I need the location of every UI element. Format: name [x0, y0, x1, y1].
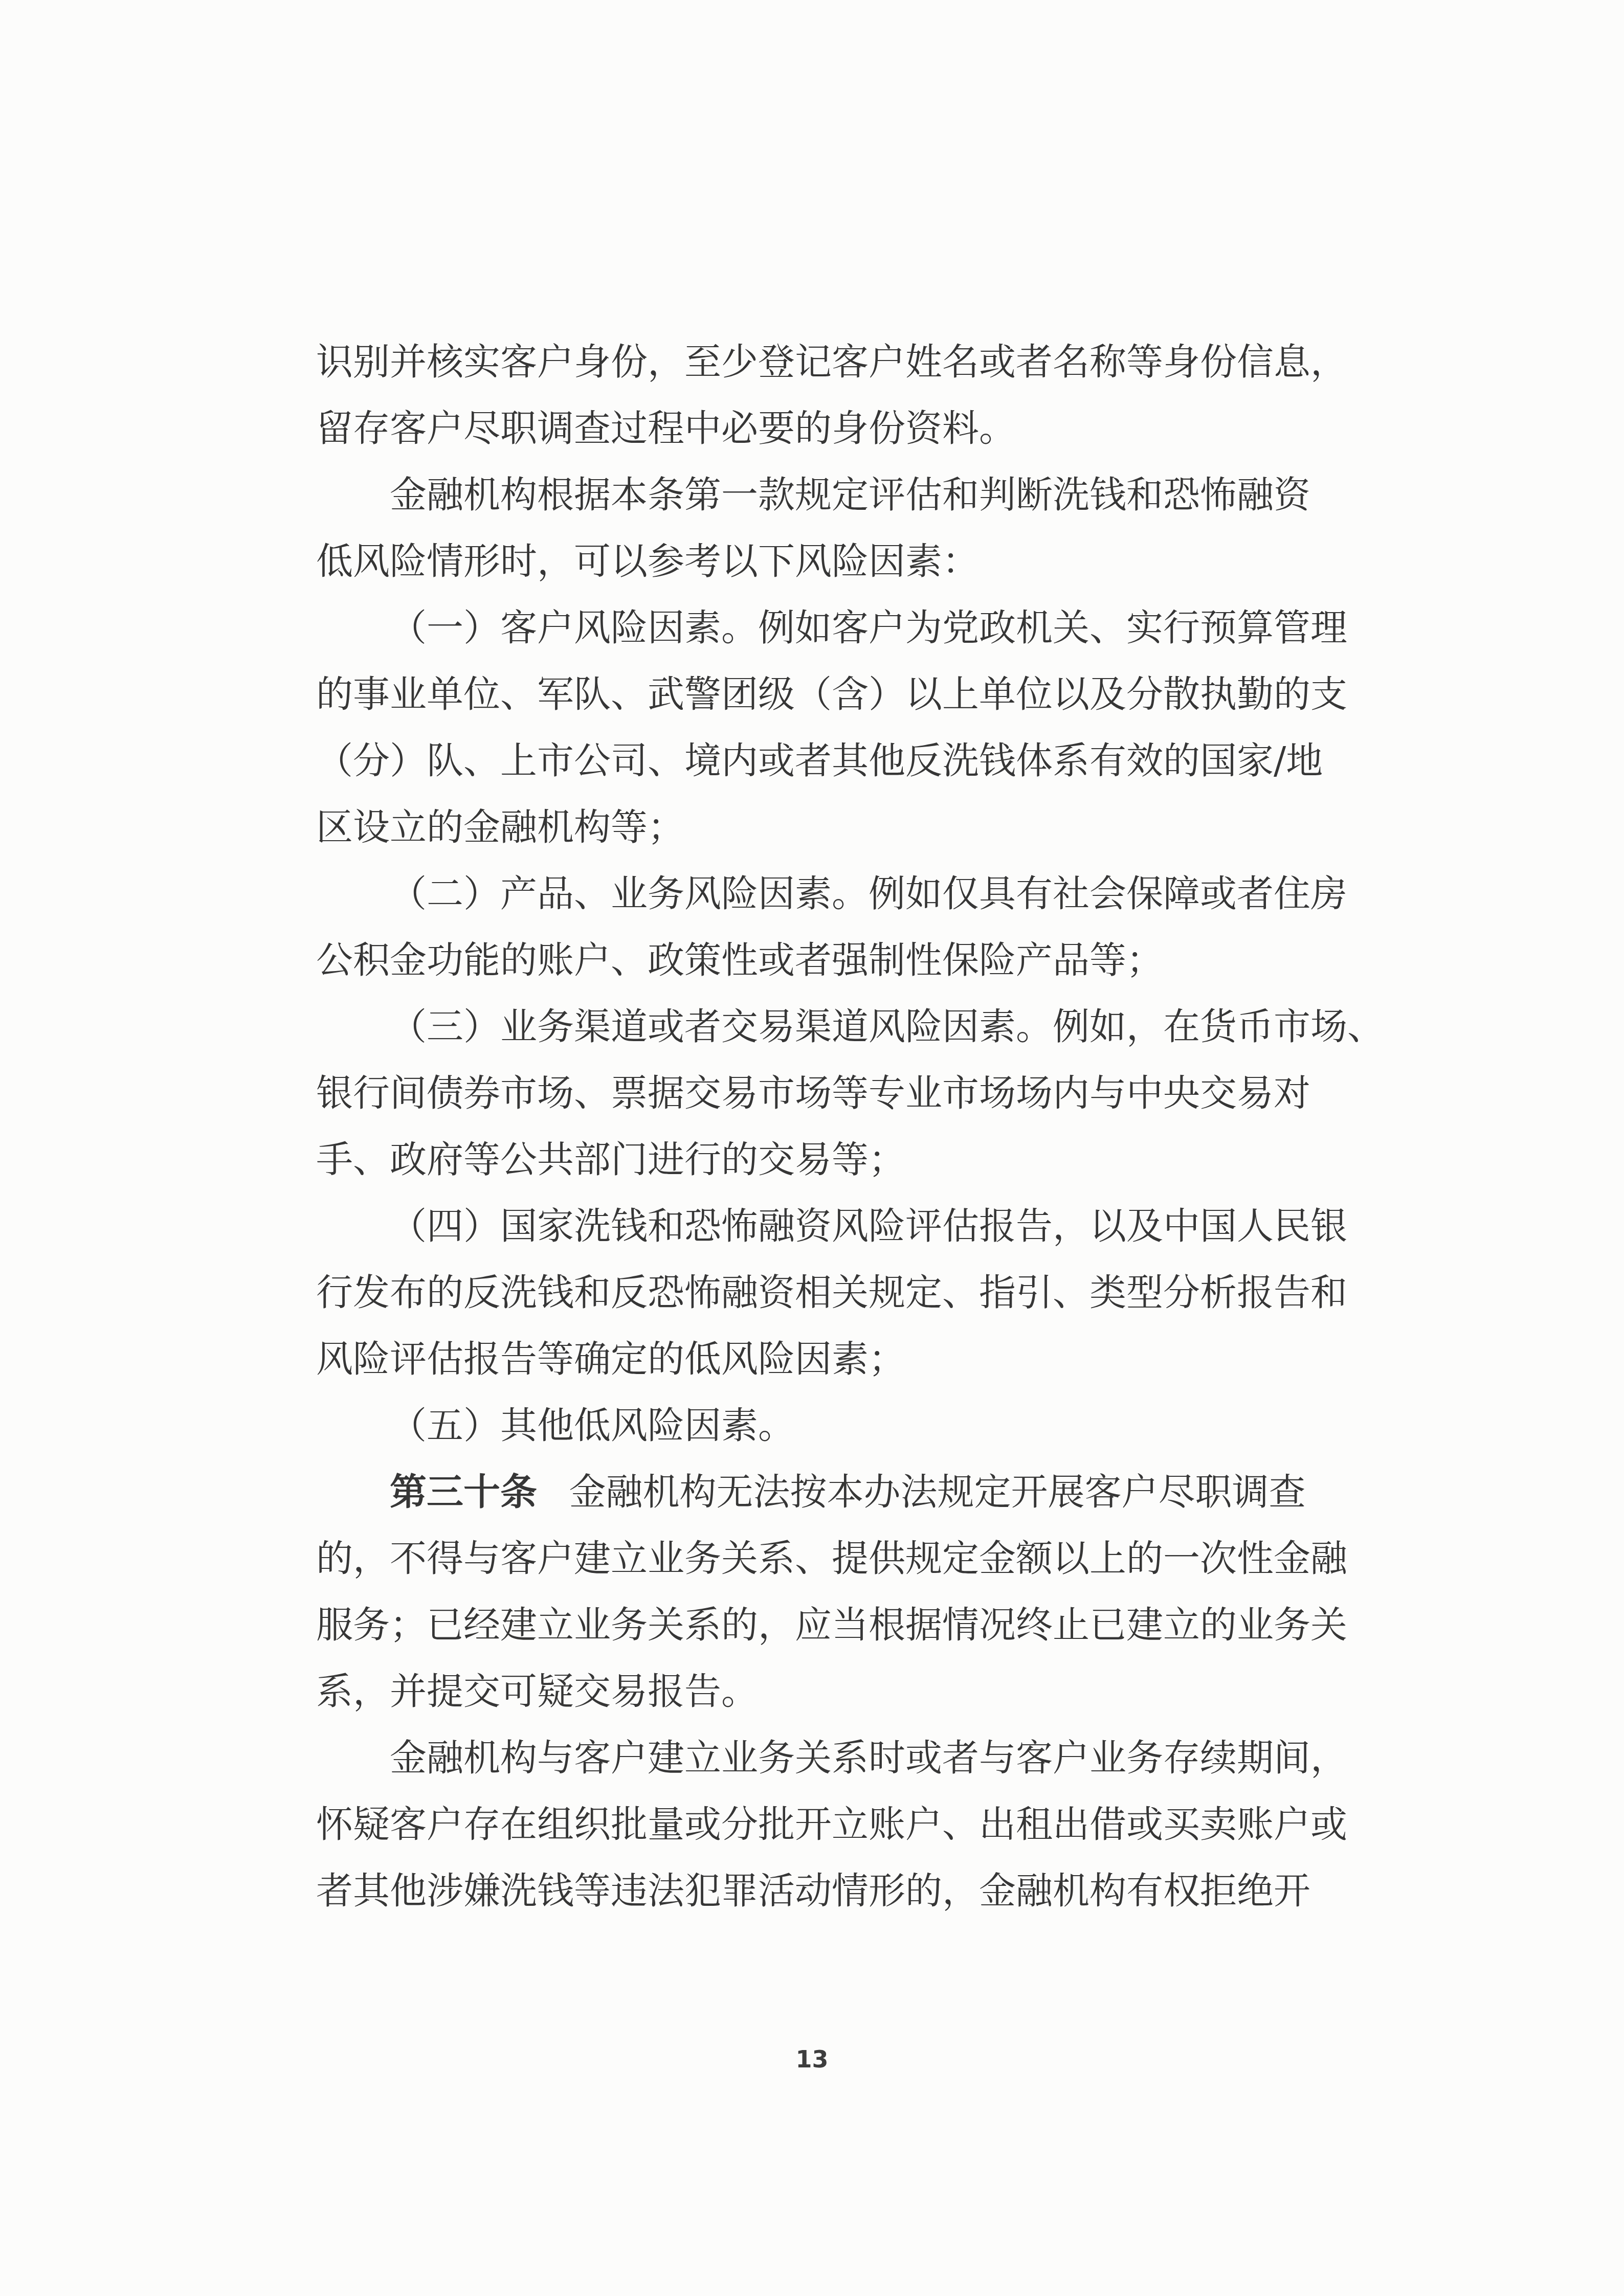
line-text: （五）其他低风险因素。	[390, 1404, 795, 1447]
document-page: 识别并核实客户身份，至少登记客户姓名或者名称等身份信息， 留存客户尽职调查过程中…	[0, 0, 1624, 2296]
text-line: 的，不得与客户建立业务关系、提供规定金额以上的一次性金融	[316, 1525, 1354, 1591]
text-line: 风险评估报告等确定的低风险因素；	[316, 1325, 1354, 1392]
text-line: （一）客户风险因素。例如客户为党政机关、实行预算管理	[316, 594, 1354, 661]
line-text: 银行间债券市场、票据交易市场等专业市场场内与中央交易对	[316, 1071, 1310, 1114]
text-line: 行发布的反洗钱和反恐怖融资相关规定、指引、类型分析报告和	[316, 1259, 1354, 1325]
line-text: （二）产品、业务风险因素。例如仅具有社会保障或者住房	[390, 872, 1347, 915]
text-line: 服务；已经建立业务关系的，应当根据情况终止已建立的业务关	[316, 1591, 1354, 1658]
line-text: （分）队、上市公司、境内或者其他反洗钱体系有效的国家/地	[316, 739, 1323, 782]
line-text: 手、政府等公共部门进行的交易等；	[316, 1138, 905, 1181]
line-text: 风险评估报告等确定的低风险因素；	[316, 1337, 905, 1380]
line-text: 金融机构根据本条第一款规定评估和判断洗钱和恐怖融资	[390, 473, 1310, 516]
line-text: 留存客户尽职调查过程中必要的身份资料。	[316, 407, 1016, 449]
text-lines: 识别并核实客户身份，至少登记客户姓名或者名称等身份信息， 留存客户尽职调查过程中…	[316, 328, 1354, 1924]
line-text: （三）业务渠道或者交易渠道风险因素。例如，在货币市场、	[390, 1005, 1384, 1048]
line-text: 公积金功能的账户、政策性或者强制性保险产品等；	[316, 938, 1163, 981]
line-text: 怀疑客户存在组织批量或分批开立账户、出租出借或买卖账户或	[316, 1803, 1347, 1845]
text-line: 手、政府等公共部门进行的交易等；	[316, 1126, 1354, 1192]
text-line: （分）队、上市公司、境内或者其他反洗钱体系有效的国家/地	[316, 727, 1354, 794]
line-text: 者其他涉嫌洗钱等违法犯罪活动情形的，金融机构有权拒绝开	[316, 1869, 1310, 1912]
text-line: 第三十条 金融机构无法按本办法规定开展客户尽职调查	[316, 1458, 1354, 1525]
text-line: 系，并提交可疑交易报告。	[316, 1658, 1354, 1724]
text-line: 金融机构与客户建立业务关系时或者与客户业务存续期间，	[316, 1724, 1354, 1791]
text-line: （二）产品、业务风险因素。例如仅具有社会保障或者住房	[316, 860, 1354, 927]
line-text: 的事业单位、军队、武警团级（含）以上单位以及分散执勤的支	[316, 672, 1347, 715]
line-text: 金融机构与客户建立业务关系时或者与客户业务存续期间，	[390, 1736, 1347, 1779]
line-text: （四）国家洗钱和恐怖融资风险评估报告，以及中国人民银	[390, 1204, 1347, 1247]
text-line: （三）业务渠道或者交易渠道风险因素。例如，在货币市场、	[316, 993, 1354, 1060]
line-text: 行发布的反洗钱和反恐怖融资相关规定、指引、类型分析报告和	[316, 1271, 1347, 1314]
line-text: 识别并核实客户身份，至少登记客户姓名或者名称等身份信息，	[316, 340, 1347, 383]
page-number: 13	[0, 2045, 1624, 2073]
text-line: 银行间债券市场、票据交易市场等专业市场场内与中央交易对	[316, 1060, 1354, 1126]
text-line: 怀疑客户存在组织批量或分批开立账户、出租出借或买卖账户或	[316, 1791, 1354, 1857]
text-line: 公积金功能的账户、政策性或者强制性保险产品等；	[316, 927, 1354, 993]
text-line: （四）国家洗钱和恐怖融资风险评估报告，以及中国人民银	[316, 1192, 1354, 1259]
line-bold-prefix: 第三十条	[390, 1470, 537, 1513]
text-line: （五）其他低风险因素。	[316, 1392, 1354, 1458]
line-text: 区设立的金融机构等；	[316, 805, 684, 848]
text-line: 金融机构根据本条第一款规定评估和判断洗钱和恐怖融资	[316, 461, 1354, 528]
text-line: 留存客户尽职调查过程中必要的身份资料。	[316, 395, 1354, 461]
line-text: 系，并提交可疑交易报告。	[316, 1670, 758, 1713]
line-text: （一）客户风险因素。例如客户为党政机关、实行预算管理	[390, 606, 1347, 649]
text-line: 区设立的金融机构等；	[316, 794, 1354, 860]
line-text: 低风险情形时，可以参考以下风险因素：	[316, 539, 979, 582]
line-text: 金融机构无法按本办法规定开展客户尽职调查	[569, 1470, 1306, 1513]
line-text: 服务；已经建立业务关系的，应当根据情况终止已建立的业务关	[316, 1603, 1347, 1646]
line-text: 的，不得与客户建立业务关系、提供规定金额以上的一次性金融	[316, 1537, 1347, 1580]
text-line: 者其他涉嫌洗钱等违法犯罪活动情形的，金融机构有权拒绝开	[316, 1857, 1354, 1924]
text-line: 低风险情形时，可以参考以下风险因素：	[316, 528, 1354, 594]
text-line: 识别并核实客户身份，至少登记客户姓名或者名称等身份信息，	[316, 328, 1354, 395]
text-line: 的事业单位、军队、武警团级（含）以上单位以及分散执勤的支	[316, 661, 1354, 727]
